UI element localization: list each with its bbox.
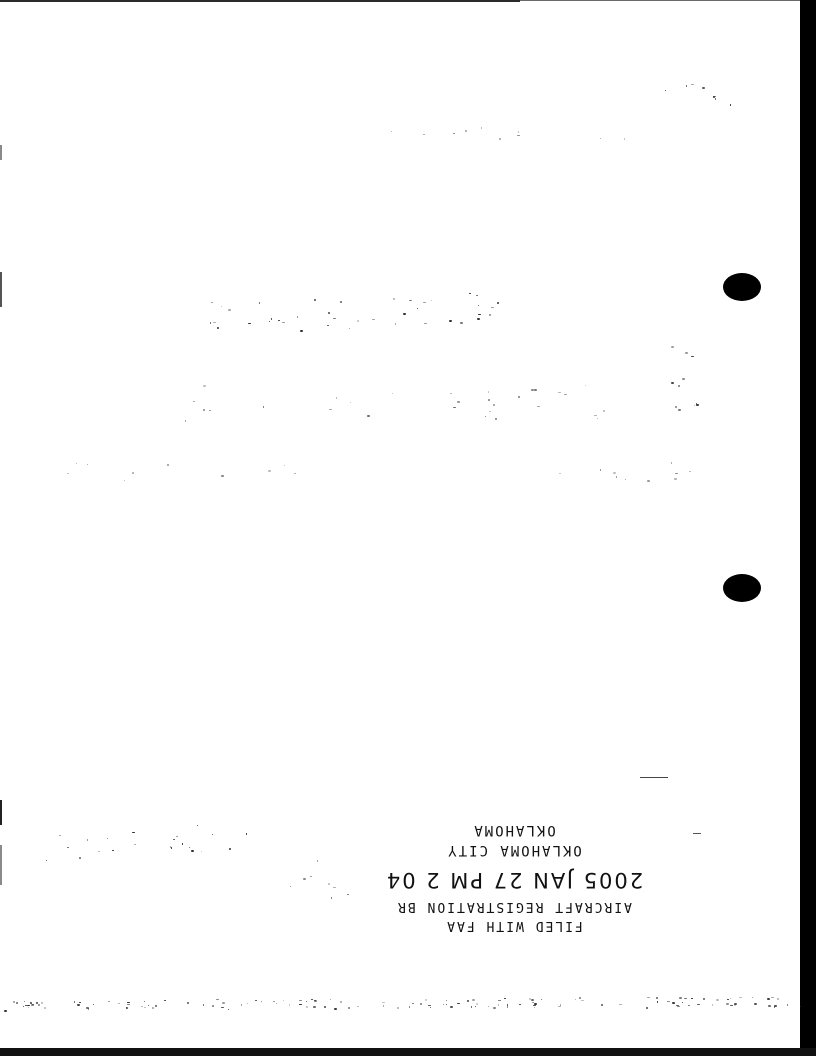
scan-speck <box>675 473 678 474</box>
scan-speck <box>697 1004 700 1005</box>
scan-speck <box>688 1005 690 1006</box>
scan-speck <box>336 397 337 399</box>
scan-speck <box>560 1004 561 1006</box>
scan-speck <box>284 465 285 466</box>
scan-speck <box>310 876 312 877</box>
scan-speck <box>689 471 691 472</box>
scan-speck <box>477 318 480 320</box>
scan-speck <box>600 469 601 471</box>
scan-speck <box>229 848 231 850</box>
scan-speck <box>730 998 731 999</box>
scan-speck <box>754 1003 757 1005</box>
scan-speck <box>787 1004 788 1006</box>
scan-speck <box>259 302 260 304</box>
scan-speck <box>300 330 303 332</box>
scan-speck <box>739 997 742 998</box>
scan-speck <box>475 1006 476 1007</box>
scan-speck <box>431 300 432 301</box>
scan-speck <box>430 1007 431 1008</box>
scan-speck <box>187 1002 189 1004</box>
scan-speck <box>173 839 175 840</box>
scan-speck <box>203 1004 204 1006</box>
hole-punch-upper <box>723 273 761 301</box>
scan-speck <box>395 323 396 325</box>
scan-speck <box>212 834 213 835</box>
scan-speck <box>209 410 211 411</box>
scan-speck <box>777 998 779 1000</box>
scan-edge-mark <box>0 845 2 885</box>
scan-speck <box>686 85 687 87</box>
scan-speck <box>499 138 501 140</box>
scan-edge-mark <box>0 145 2 160</box>
scan-speck <box>678 385 680 387</box>
scan-speck <box>532 1002 534 1003</box>
scan-speck <box>340 1001 342 1003</box>
scan-speck <box>382 1002 385 1003</box>
scan-speck <box>457 1003 460 1004</box>
scan-speck <box>800 1006 801 1007</box>
scan-speck <box>734 1004 736 1006</box>
scan-speck <box>392 393 393 394</box>
scan-speck <box>499 1000 501 1001</box>
scan-speck <box>675 406 677 408</box>
stamp-filed-with: FILED WITH FAA <box>364 919 664 932</box>
scan-speck <box>263 406 264 408</box>
scan-speck <box>727 999 729 1000</box>
scan-speck <box>498 1004 499 1006</box>
scan-speck <box>367 415 370 417</box>
scan-speck <box>541 999 542 1000</box>
scan-speck <box>98 851 100 852</box>
scan-speck <box>768 1005 771 1007</box>
scan-speck <box>297 316 298 318</box>
scan-speck <box>193 401 195 402</box>
scan-speck <box>201 851 202 852</box>
scan-speck <box>350 402 351 403</box>
stamp-date-time: 2005 JAN 27 PM 2 04 <box>364 869 664 890</box>
scan-speck <box>347 894 349 895</box>
scan-speck <box>197 825 198 826</box>
scan-speck <box>716 999 719 1001</box>
scan-speck <box>460 322 463 324</box>
scan-speck <box>713 96 715 98</box>
scan-speck <box>597 418 598 419</box>
scan-speck <box>712 1004 713 1006</box>
scan-speck <box>144 1001 145 1002</box>
scan-speck <box>306 1006 308 1008</box>
scan-speck <box>152 1007 154 1009</box>
scan-speck <box>357 1006 359 1007</box>
scan-speck <box>221 306 222 307</box>
scan-speck <box>176 836 178 837</box>
scan-speck <box>191 850 194 852</box>
scan-speck <box>624 138 625 140</box>
scan-speck <box>167 464 169 466</box>
scan-speck <box>171 847 172 849</box>
scan-speck <box>478 305 479 306</box>
scan-speck <box>271 318 272 320</box>
scan-speck <box>585 385 586 386</box>
scan-speck <box>334 1008 337 1010</box>
faa-filing-stamp: FILED WITH FAA AIRCRAFT REGISTRATION BR … <box>364 778 664 938</box>
scan-speck <box>519 1004 521 1005</box>
scan-speck <box>449 320 452 322</box>
scan-speck <box>446 1000 447 1001</box>
scan-speck <box>601 1004 603 1006</box>
scan-speck <box>533 1005 536 1006</box>
scan-speck <box>678 409 681 411</box>
scan-speck <box>428 1005 431 1006</box>
scan-speck <box>425 999 427 1001</box>
scan-speck <box>453 133 455 134</box>
scan-speck <box>340 301 342 303</box>
scan-speck <box>44 1007 46 1009</box>
scan-speck <box>603 410 605 412</box>
scan-speck <box>498 1000 499 1001</box>
scan-speck <box>294 473 296 474</box>
scan-speck <box>656 997 658 999</box>
scan-speck <box>108 1001 110 1002</box>
scan-speck <box>703 998 705 1000</box>
scan-speck <box>534 1007 535 1008</box>
scan-speck <box>476 295 478 296</box>
scan-speck <box>255 1000 257 1001</box>
scan-speck <box>517 135 520 136</box>
scan-speck <box>185 420 186 422</box>
scan-speck <box>314 1000 317 1002</box>
scan-speck <box>489 314 491 316</box>
scan-speck <box>28 1007 29 1008</box>
scan-speck <box>682 378 685 380</box>
scan-speck <box>558 392 561 393</box>
scan-speck <box>691 84 694 85</box>
scan-speck <box>671 462 672 464</box>
scan-speck <box>333 887 336 888</box>
scan-speck <box>774 1006 775 1008</box>
scan-speck <box>730 1005 733 1006</box>
scan-speck <box>504 998 506 999</box>
scan-speck <box>228 1009 229 1010</box>
scan-speck <box>594 415 597 416</box>
scan-speck <box>38 1004 40 1006</box>
scan-speck <box>488 391 489 393</box>
scan-speck <box>349 328 350 329</box>
scan-speck <box>217 327 219 329</box>
scan-speck <box>228 309 231 311</box>
scan-speck <box>79 857 81 859</box>
scan-speck <box>299 1004 302 1005</box>
stamp-city: OKLAHOMA CITY <box>364 843 664 857</box>
scan-speck <box>74 1001 75 1003</box>
scan-speck <box>299 1000 302 1001</box>
scan-speck <box>467 1000 469 1002</box>
scan-speck <box>276 1003 277 1004</box>
scan-speck <box>457 401 460 403</box>
scan-speck <box>446 1004 447 1005</box>
scan-speck <box>684 998 687 999</box>
scan-speck <box>677 1006 680 1007</box>
scan-speck <box>696 403 697 405</box>
scan-speck <box>619 1004 622 1005</box>
scan-speck <box>671 382 674 384</box>
scan-speck <box>417 308 418 309</box>
scan-speck <box>679 997 682 999</box>
scan-speck <box>423 302 426 303</box>
scan-speck <box>348 1007 350 1009</box>
scan-speck <box>59 835 61 836</box>
scan-speck <box>481 127 482 129</box>
scan-speck <box>278 320 280 321</box>
scan-speck <box>203 385 206 387</box>
scan-speck <box>671 346 674 348</box>
scan-speck <box>118 1003 120 1004</box>
scan-speck <box>507 1006 508 1008</box>
scan-speck <box>674 478 677 480</box>
scan-speck <box>27 1005 30 1006</box>
scan-speck <box>112 850 114 851</box>
scan-speck <box>771 997 774 998</box>
scan-speck <box>558 1006 561 1007</box>
scan-speck <box>333 318 336 319</box>
scan-speck <box>282 322 285 323</box>
scan-speck <box>170 846 171 848</box>
scan-speck <box>616 476 617 478</box>
scan-speck <box>726 1003 729 1005</box>
scan-speck <box>221 1007 224 1008</box>
scan-speck <box>87 839 88 841</box>
scan-speck <box>564 394 567 395</box>
scan-speck <box>132 472 134 474</box>
scan-speck <box>290 886 291 887</box>
scan-speck <box>141 1006 143 1007</box>
scan-speck <box>314 299 316 301</box>
scan-speck <box>67 473 69 474</box>
scan-speck <box>357 320 359 322</box>
scan-speck <box>579 997 581 999</box>
scan-speck <box>329 409 332 410</box>
scan-speck <box>211 302 213 303</box>
scan-speck <box>317 860 318 862</box>
scan-speck <box>465 130 467 132</box>
scan-speck <box>529 998 531 1000</box>
scan-speck <box>534 389 537 391</box>
scan-speck <box>493 404 495 406</box>
scan-speck <box>581 1000 584 1001</box>
scan-speck <box>613 472 616 474</box>
scan-speck <box>667 1001 670 1002</box>
scan-speck <box>393 298 395 300</box>
scan-speck <box>767 998 770 1000</box>
scan-speck <box>472 999 475 1001</box>
scan-speck <box>647 480 650 482</box>
scan-speck <box>213 322 216 323</box>
scan-speck <box>397 1007 399 1009</box>
scan-speck <box>493 1007 496 1009</box>
scan-speck <box>25 1005 27 1006</box>
scan-speck <box>248 323 251 324</box>
scan-speck <box>423 134 425 135</box>
scan-speck <box>412 1003 414 1004</box>
scan-speck <box>647 997 650 998</box>
scan-speck <box>559 473 561 474</box>
scan-speck <box>76 463 77 464</box>
scan-speck <box>625 479 626 480</box>
scan-speck <box>124 480 125 481</box>
scan-speck <box>383 1005 384 1007</box>
scan-speck <box>489 411 491 412</box>
scan-speck <box>155 1005 157 1007</box>
scan-speck <box>730 104 731 106</box>
scan-speck <box>222 1002 225 1004</box>
scan-speck <box>132 832 135 833</box>
scan-speck <box>471 1006 472 1008</box>
scan-speck <box>324 1006 326 1008</box>
scan-border-top-faint <box>520 0 800 1</box>
scan-speck <box>46 860 47 861</box>
scan-speck <box>453 407 456 408</box>
scan-speck <box>32 1004 34 1005</box>
scan-speck <box>77 1004 80 1006</box>
scan-speck <box>328 312 330 314</box>
scan-speck <box>144 1007 146 1008</box>
scan-speck <box>107 838 108 839</box>
scan-speck <box>485 416 486 417</box>
scan-speck <box>682 1002 683 1003</box>
scan-speck <box>126 1007 128 1009</box>
scan-speck <box>273 1001 275 1002</box>
scan-speck <box>665 90 666 91</box>
scan-speck <box>247 1003 248 1004</box>
scan-speck <box>450 393 452 394</box>
scan-edge-mark <box>0 272 2 307</box>
stamp-registration-branch: AIRCRAFT REGISTRATION BR <box>364 900 664 913</box>
scan-edge-mark <box>0 800 2 825</box>
hole-punch-lower <box>723 574 761 602</box>
scan-speck <box>715 98 716 100</box>
scan-speck <box>420 1003 422 1005</box>
scan-speck <box>488 1006 489 1007</box>
scan-speck <box>41 1002 43 1004</box>
scan-speck <box>443 1004 444 1005</box>
scan-speck <box>306 1001 307 1002</box>
scan-speck <box>685 352 688 354</box>
scan-speck <box>507 1004 508 1006</box>
scan-speck <box>752 997 753 998</box>
stamp-tick <box>693 833 701 834</box>
scan-speck <box>67 847 69 848</box>
scan-speck <box>673 1003 675 1004</box>
scan-speck <box>646 1007 648 1009</box>
scan-speck <box>491 307 494 308</box>
scan-speck <box>212 1005 214 1007</box>
scan-border-right-lower <box>800 925 816 1055</box>
scan-speck <box>694 405 695 406</box>
scan-speck <box>469 293 471 294</box>
scan-speck <box>189 847 190 848</box>
scan-speck <box>702 87 705 89</box>
scan-speck <box>303 878 306 880</box>
scan-speck <box>79 1002 81 1003</box>
scan-speck <box>182 843 183 845</box>
scan-speck <box>657 1001 658 1003</box>
scan-speck <box>164 1000 166 1001</box>
scan-speck <box>330 999 331 1000</box>
scan-speck <box>210 322 211 324</box>
scan-speck <box>221 475 224 477</box>
scan-speck <box>600 138 601 139</box>
scan-speck <box>148 1005 149 1006</box>
scan-speck <box>691 356 694 357</box>
scan-speck <box>261 1001 262 1002</box>
scan-speck <box>283 1000 284 1001</box>
scan-speck <box>450 1006 453 1008</box>
scan-speck <box>518 396 520 398</box>
scan-speck <box>424 323 427 324</box>
scan-border-bottom <box>0 1048 816 1056</box>
scan-speck <box>313 1006 316 1008</box>
scan-speck <box>691 998 693 999</box>
scan-speck <box>531 999 534 1001</box>
scan-speck <box>16 1002 18 1004</box>
scan-speck <box>127 1004 130 1005</box>
scan-speck <box>23 1006 24 1007</box>
scan-speck <box>93 1004 94 1005</box>
scan-speck <box>409 1006 410 1008</box>
scan-speck <box>268 470 271 472</box>
scan-speck <box>497 302 499 304</box>
scan-speck <box>575 999 576 1000</box>
scan-speck <box>289 1004 290 1006</box>
scan-speck <box>327 325 329 326</box>
scan-border-top <box>0 0 520 2</box>
scan-speck <box>241 1004 242 1006</box>
scan-speck <box>495 418 497 420</box>
scan-speck <box>409 300 412 301</box>
scan-speck <box>537 406 540 407</box>
scan-speck <box>203 409 205 411</box>
scan-speck <box>134 844 136 845</box>
scan-speck <box>328 883 330 885</box>
scan-speck <box>488 399 490 401</box>
scan-speck <box>4 1010 7 1012</box>
scan-speck <box>391 131 392 132</box>
scan-speck <box>246 833 247 835</box>
scan-speck <box>127 1002 130 1003</box>
scan-speck <box>518 131 519 133</box>
scan-speck <box>311 999 313 1000</box>
scan-speck <box>87 464 88 465</box>
scan-speck <box>24 1001 25 1002</box>
scan-speck <box>676 1005 679 1006</box>
scanned-page: FILED WITH FAA AIRCRAFT REGISTRATION BR … <box>0 0 816 1056</box>
scan-speck <box>216 999 219 1000</box>
scan-speck <box>372 319 375 320</box>
scan-speck <box>403 313 406 315</box>
scan-border-right <box>800 0 816 925</box>
scan-speck <box>13 1001 15 1003</box>
scan-speck <box>269 321 270 322</box>
scan-speck <box>88 1008 89 1010</box>
scan-speck <box>476 1003 478 1005</box>
scan-speck <box>478 314 481 315</box>
stamp-state: OKLAHOMA <box>364 823 664 837</box>
scan-speck <box>331 897 332 899</box>
